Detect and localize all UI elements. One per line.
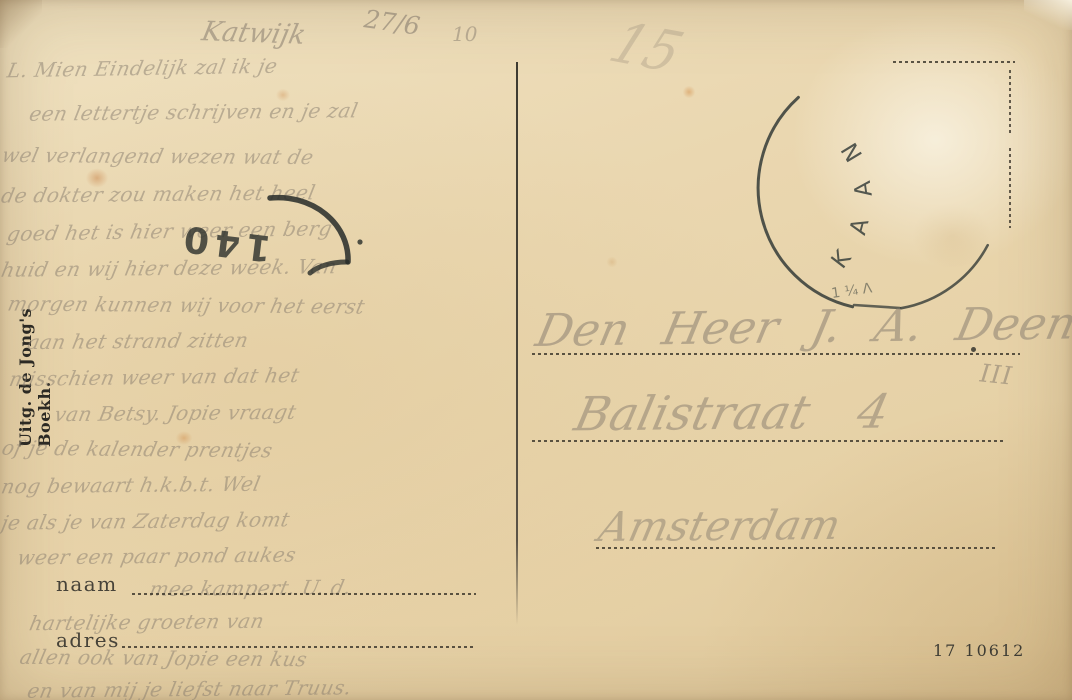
name-field-rule <box>132 593 476 595</box>
message-line: wel verlangend wezen wat de <box>0 143 316 169</box>
address-line-rule <box>532 440 1004 442</box>
message-line: morgen kunnen wij voor het eerst <box>6 291 368 318</box>
address-city: Amsterdam <box>594 501 845 551</box>
postcard-back: Uitg. de Jong's Boekh. Katwijk 27/6 10 1… <box>0 0 1072 700</box>
address-street: Balistraat 4 <box>570 385 895 443</box>
arrival-stamp-arc <box>255 180 375 290</box>
name-field-label: naam <box>56 572 118 596</box>
message-line: of je de kalender prentjes <box>0 436 275 463</box>
corner-shadow-top-left <box>0 0 42 48</box>
serial-number: 17 10612 <box>933 641 1025 660</box>
message-line: en van mij je liefst naar Truus. <box>25 675 354 700</box>
divider-line <box>516 62 518 625</box>
address-line-rule <box>532 353 1020 355</box>
postmark: K A A N 1 ¼ Λ <box>740 48 1030 338</box>
stamp-box-top-edge <box>893 61 1015 63</box>
postmark-town-letters: K A A N <box>827 130 878 274</box>
address-field-label: adres <box>56 628 120 652</box>
stamp-box-right-edge <box>1009 70 1011 136</box>
message-line: je als je van Zaterdag komt <box>0 507 292 535</box>
address-field-rule <box>122 646 474 648</box>
message-line: misschien weer van dat het <box>7 363 301 391</box>
pencil-number: 15 <box>601 11 692 85</box>
handwritten-date: 27/6 <box>362 4 422 41</box>
message-line: een lettertje schrijven en je zal <box>27 98 360 125</box>
message-line: nog bewaart h.k.b.t. Wel <box>0 472 263 499</box>
floor-mark: III <box>979 358 1014 390</box>
message-line: aan het strand zitten <box>25 328 250 354</box>
address-line-rule <box>596 547 996 549</box>
ink-speck <box>971 347 976 352</box>
svg-text:K A A N: K A A N <box>827 130 878 274</box>
message-line: L. Mien Eindelijk zal ik je <box>5 54 279 83</box>
handwritten-place: Katwijk <box>199 16 308 51</box>
address-recipient: Den Heer J. A. Deeng <box>531 296 1072 357</box>
stamp-box-right-edge <box>1009 148 1011 228</box>
corner-highlight-top-right <box>1024 0 1072 30</box>
message-line: weer een paar pond aukes <box>15 543 298 570</box>
message-line: mee kampert. U. d. <box>147 575 353 601</box>
handwritten-year: 10 <box>452 22 477 46</box>
message-line: van Betsy. Jopie vraagt <box>52 400 298 427</box>
